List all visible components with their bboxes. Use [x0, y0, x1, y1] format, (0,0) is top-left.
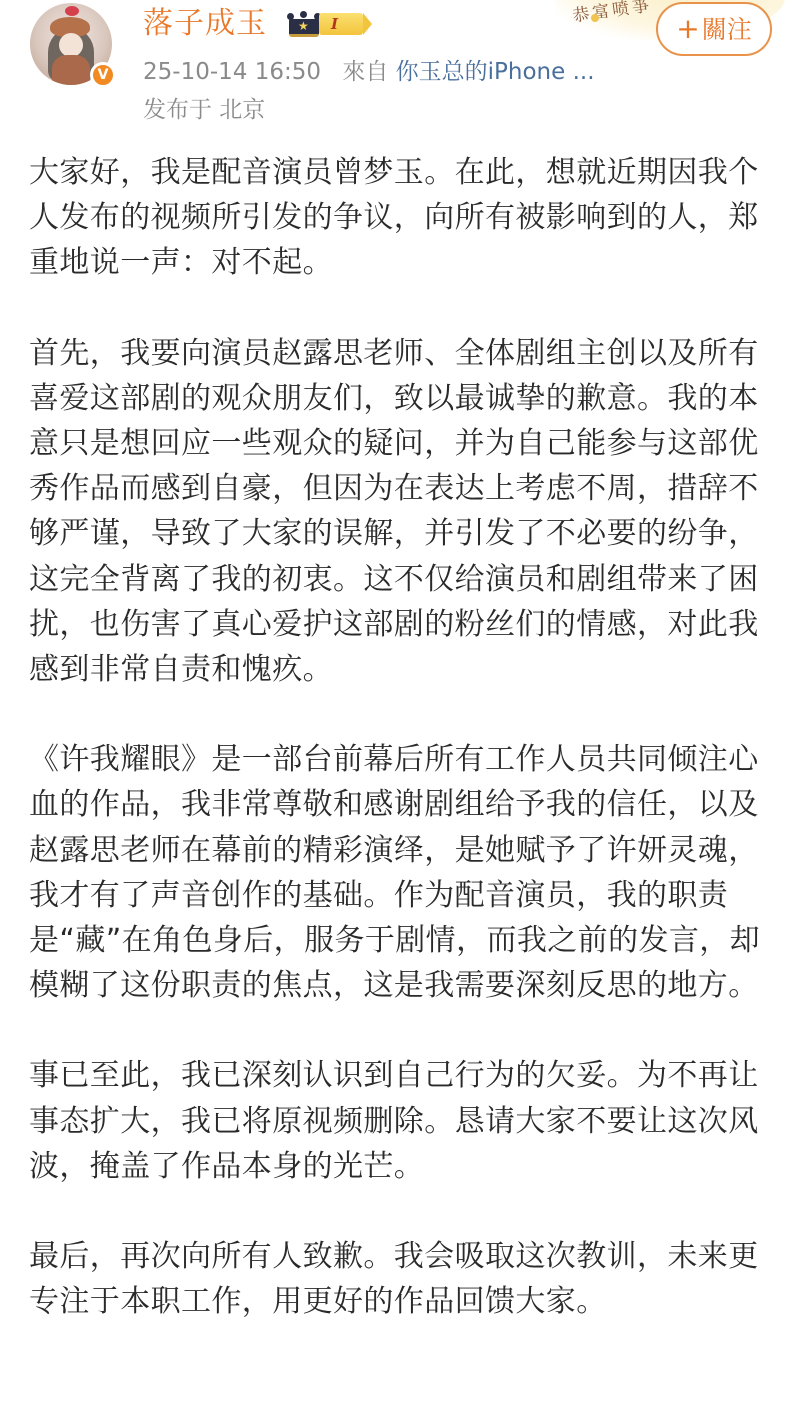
post-timestamp: 25-10-14 16:50 — [143, 59, 321, 85]
source-device-link[interactable]: 你玉总的iPhone ... — [396, 59, 595, 85]
verified-icon: V — [90, 62, 116, 88]
crown-point — [300, 11, 307, 18]
post-location: 发布于 北京 — [143, 94, 265, 126]
post-paragraph: 最后，再次向所有人致歉。我会吸取这次教训，未来更专注于本职工作，用更好的作品回馈… — [29, 1234, 769, 1324]
username[interactable]: 落子成玉 — [143, 4, 267, 44]
star-icon: ★ — [298, 20, 309, 32]
avatar-bow — [65, 6, 79, 16]
decoration-dot — [591, 14, 599, 22]
post-paragraph: 事已至此，我已深刻认识到自己行为的欠妥。为不再让事态扩大，我已将原视频删除。恳请… — [29, 1053, 769, 1189]
post-body: 大家好，我是配音演员曾梦玉。在此，想就近期因我个人发布的视频所引发的争议，向所有… — [29, 150, 769, 1369]
source-prefix: 來自 — [342, 59, 388, 85]
post-meta: 25-10-14 16:50 來自 你玉总的iPhone ... — [143, 56, 595, 88]
follow-button[interactable]: +關注 — [656, 2, 772, 56]
post-paragraph: 《许我耀眼》是一部台前幕后所有工作人员共同倾注心血的作品，我非常尊敬和感谢剧组给… — [29, 737, 769, 1008]
post-paragraph: 大家好，我是配音演员曾梦玉。在此，想就近期因我个人发布的视频所引发的争议，向所有… — [29, 150, 769, 286]
plus-icon: + — [676, 12, 699, 45]
post-header: 恭富喷亊 V 落子成玉 ★ I 25-10-14 16:50 來自 你玉总的iP… — [0, 0, 800, 135]
crown-icon: ★ — [287, 12, 321, 36]
avatar-coat — [52, 55, 90, 85]
follow-label: 關注 — [702, 15, 752, 44]
level-tag: I — [319, 13, 363, 35]
post-paragraph: 首先，我要向演员赵露思老师、全体剧组主创以及所有喜爱这部剧的观众朋友们，致以最诚… — [29, 331, 769, 693]
avatar-face — [59, 33, 83, 57]
vip-level-badge[interactable]: ★ I — [287, 11, 363, 37]
